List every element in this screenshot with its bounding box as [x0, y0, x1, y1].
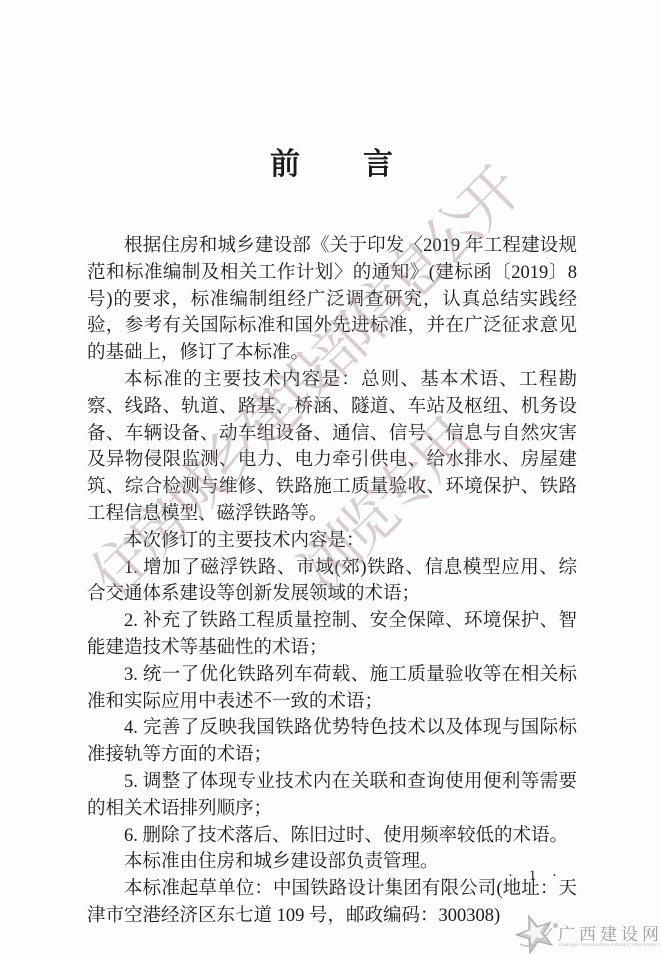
- paragraph-management: 本标准由住房和城乡建设部负责管理。: [87, 849, 577, 876]
- list-item-1: 1. 增加了磁浮铁路、市域(郊)铁路、信息模型应用、综合交通体系建设等创新发展领…: [87, 555, 577, 609]
- paragraph-main-content: 本标准的主要技术内容是：总则、基本术语、工程勘察、线路、轨道、路基、桥涵、隧道、…: [87, 367, 577, 528]
- paragraph-revision-intro: 本次修订的主要技术内容是：: [87, 528, 577, 555]
- list-item-3: 3. 统一了优化铁路列车荷载、施工质量验收等在相关标准和实际应用中表述不一致的术…: [87, 662, 577, 716]
- paragraph-drafting-unit: 本标准起草单位：中国铁路设计集团有限公司(地址：天津市空港经济区东七道 109 …: [87, 876, 577, 930]
- document-body: 前 言 根据住房和城乡建设部《关于印发〈2019 年工程建设规范和标准编制及相关…: [87, 146, 577, 930]
- list-item-6: 6. 删除了技术落后、陈旧过时、使用频率较低的术语。: [87, 823, 577, 850]
- page-title: 前 言: [87, 146, 577, 184]
- star-icon: [512, 914, 558, 954]
- site-tagline: Guangxi construction industry informatio…: [559, 942, 661, 947]
- document-page: 前 言 根据住房和城乡建设部《关于印发〈2019 年工程建设规范和标准编制及相关…: [0, 0, 661, 959]
- paragraph-basis: 根据住房和城乡建设部《关于印发〈2019 年工程建设规范和标准编制及相关工作计划…: [87, 233, 577, 367]
- list-item-2: 2. 补充了铁路工程质量控制、安全保障、环境保护、智能建造技术等基础性的术语；: [87, 608, 577, 662]
- site-logo: 广西建设网 Guangxi construction industry info…: [512, 912, 658, 956]
- page-number: · 1 ·: [508, 868, 563, 885]
- list-item-4: 4. 完善了反映我国铁路优势特色技术以及体现与国际标准接轨等方面的术语；: [87, 715, 577, 769]
- list-item-5: 5. 调整了体现专业技术内在关联和查询使用便利等需要的相关术语排列顺序；: [87, 769, 577, 823]
